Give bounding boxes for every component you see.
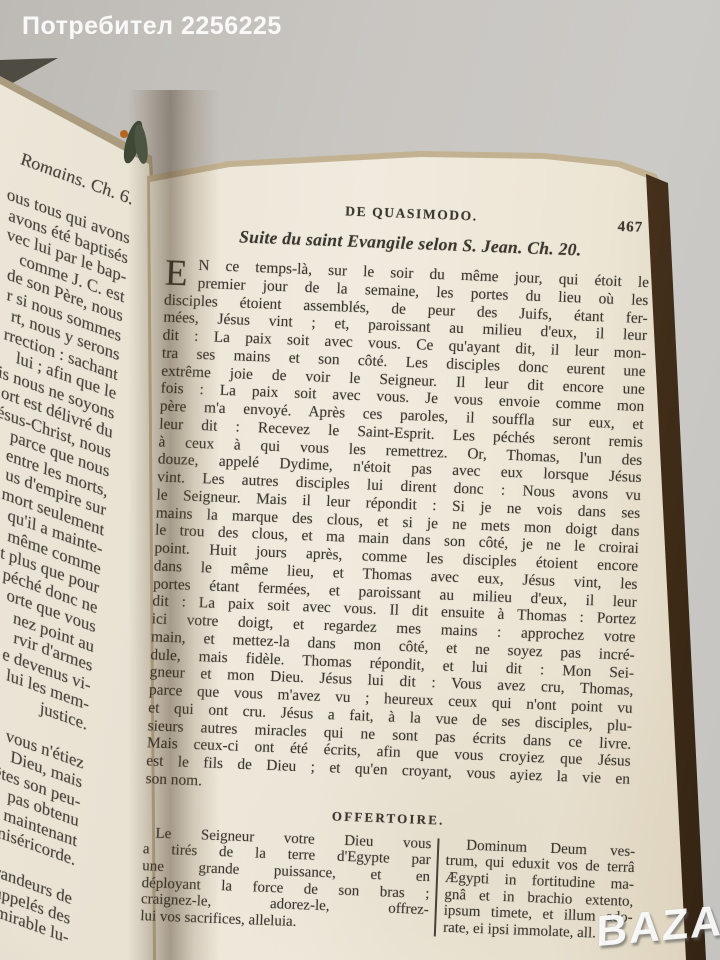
page-number: 467 [617,219,643,237]
drop-cap-initial: E [164,257,188,292]
right-page-content: DE QUASIMODO. 467 Suite du saint Evangil… [124,196,656,944]
bookmark-ribbon [118,118,158,170]
listing-photo: Romains. Ch. 6.ous tous qui avonsavons é… [0,0,720,960]
left-page-text-column: Romains. Ch. 6.ous tous qui avonsavons é… [0,117,134,948]
gospel-body: E N ce temps-là, sur le soir du même jou… [145,256,649,807]
gospel-body-lines: N ce temps-là, sur le soir du même jour,… [145,256,649,807]
offertoire-french-column: Le Seigneur votre Dieu vousa tirés de la… [140,825,432,936]
column-divider [434,838,440,936]
offertoire-columns: Le Seigneur votre Dieu vousa tirés de la… [140,825,635,944]
user-label: Потребител 2256225 [22,12,282,41]
